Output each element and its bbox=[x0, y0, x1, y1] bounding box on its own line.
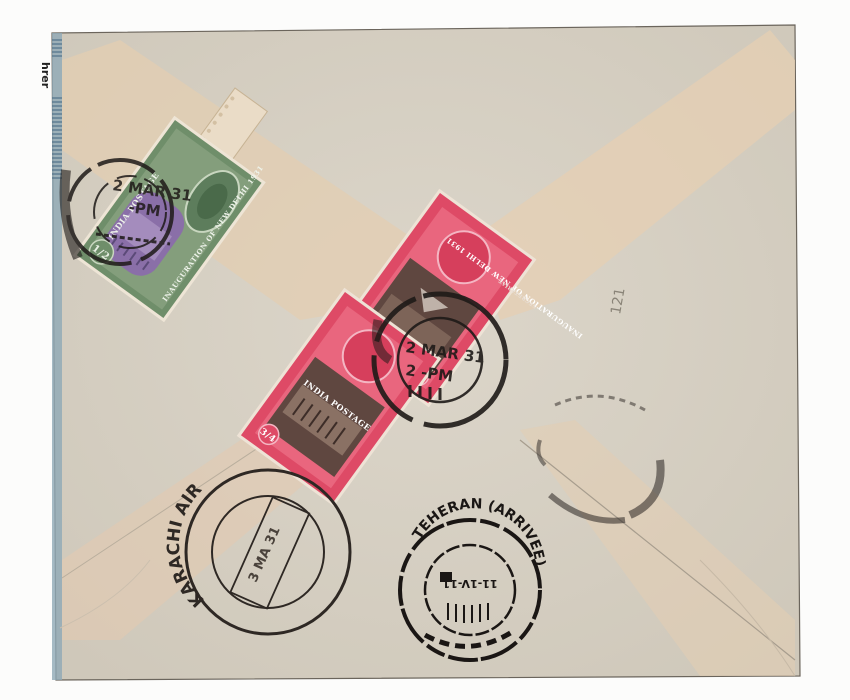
edge-label: hrer bbox=[39, 62, 52, 88]
envelope-photo: 1/2 INDIA POSTAGE INAUGURATION OF NEW DE… bbox=[0, 0, 850, 700]
